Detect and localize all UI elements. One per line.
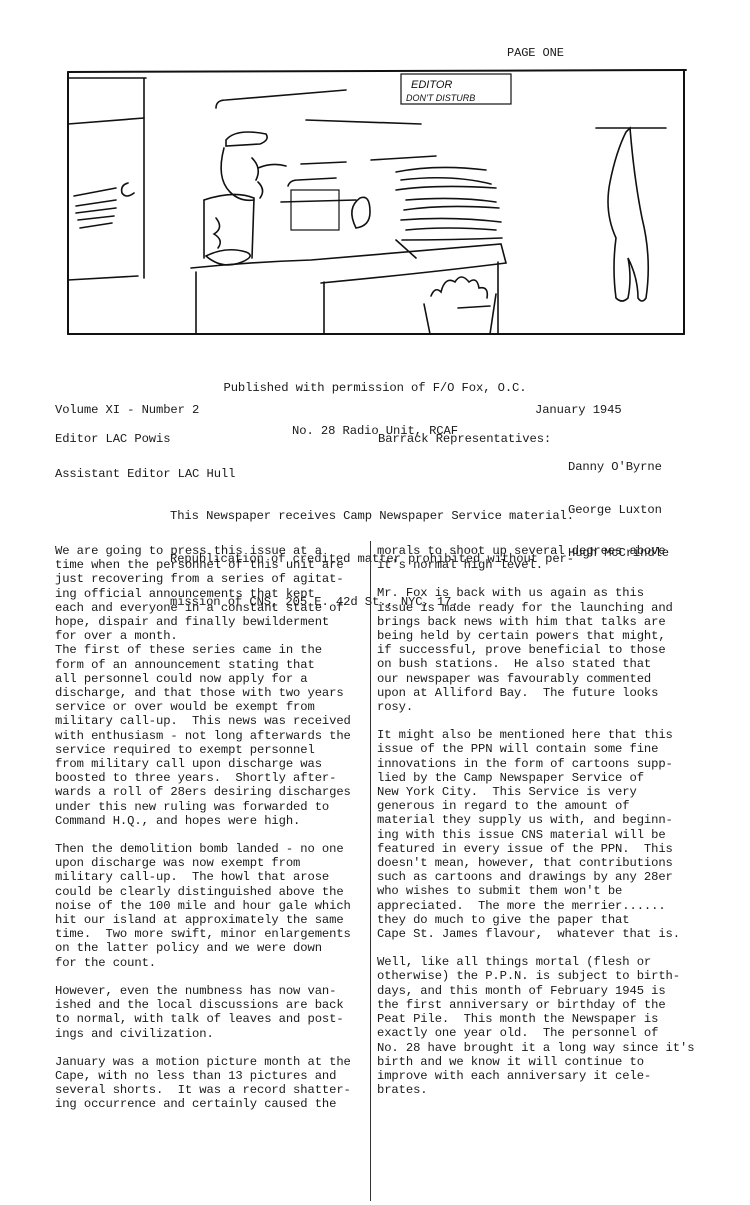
- article-paragraph: January was a motion picture month at th…: [55, 1055, 370, 1112]
- text-line: innovations in the form of cartoons supp…: [377, 757, 737, 771]
- text-line: wards a roll of 28ers desiring discharge…: [55, 785, 370, 799]
- text-line: rosy.: [377, 700, 737, 714]
- barrack-rep: Danny O'Byrne: [568, 460, 669, 474]
- sign-line-1: EDITOR: [411, 79, 452, 91]
- article-paragraph: Mr. Fox is back with us again as thisiss…: [377, 586, 737, 714]
- text-line: Command H.Q., and hopes were high.: [55, 814, 370, 828]
- article-paragraph: Well, like all things mortal (flesh orot…: [377, 955, 737, 1097]
- text-line: being held by certain powers that might,: [377, 629, 737, 643]
- text-line: just recovering from a series of agitat-: [55, 572, 370, 586]
- text-line: Mr. Fox is back with us again as this: [377, 586, 737, 600]
- credit-line-1: Published with permission of F/O Fox, O.…: [0, 381, 750, 395]
- text-line: upon discharge was now exempt from: [55, 856, 370, 870]
- editor-name: Editor LAC Powis: [55, 432, 170, 446]
- text-line: hope, dispair and finally bewilderment: [55, 615, 370, 629]
- text-line: boosted to three years. Shortly after-: [55, 771, 370, 785]
- text-line: issue of the PPN will contain some fine: [377, 742, 737, 756]
- text-line: noise of the 100 mile and hour gale whic…: [55, 899, 370, 913]
- text-line: to normal, with talk of leaves and post-: [55, 1012, 370, 1026]
- text-line: otherwise) the P.P.N. is subject to birt…: [377, 969, 737, 983]
- left-column: We are going to press this issue at atim…: [55, 544, 370, 1126]
- text-line: military call-up. This news was received: [55, 714, 370, 728]
- text-line: issue is made ready for the launching an…: [377, 601, 737, 615]
- text-line: However, even the numbness has now van-: [55, 984, 370, 998]
- text-line: lied by the Camp Newspaper Service of: [377, 771, 737, 785]
- text-line: ings and civilization.: [55, 1027, 370, 1041]
- article-paragraph: We are going to press this issue at atim…: [55, 544, 370, 828]
- text-line: The first of these series came in the: [55, 643, 370, 657]
- column-divider: [370, 541, 371, 1201]
- text-line: form of an announcement stating that: [55, 658, 370, 672]
- text-line: discharge, and that those with two years: [55, 686, 370, 700]
- text-line: ing with this issue CNS material will be: [377, 828, 737, 842]
- page-label: PAGE ONE: [507, 46, 564, 60]
- text-line: New York City. This Service is very: [377, 785, 737, 799]
- volume-number: Volume XI - Number 2: [55, 403, 199, 417]
- text-line: hit our island at approximately the same: [55, 913, 370, 927]
- text-line: No. 28 have brought it a long way since …: [377, 1041, 737, 1055]
- right-column: morals to shoot up several degrees above…: [377, 544, 737, 1111]
- text-line: it's normal high level.: [377, 558, 737, 572]
- text-line: our newspaper was favourably commented: [377, 672, 737, 686]
- article-paragraph: morals to shoot up several degrees above…: [377, 544, 737, 572]
- text-line: could be clearly distinguished above the: [55, 885, 370, 899]
- text-line: generous in regard to the amount of: [377, 799, 737, 813]
- text-line: Peat Pile. This month the Newspaper is: [377, 1012, 737, 1026]
- text-line: they do much to give the paper that: [377, 913, 737, 927]
- text-line: service or over would be exempt from: [55, 700, 370, 714]
- cns-notice-line: This Newspaper receives Camp Newspaper S…: [170, 509, 574, 523]
- text-line: on the latter policy and we were down: [55, 941, 370, 955]
- text-line: each and everyone in a constant state of: [55, 601, 370, 615]
- text-line: the first anniversary or birthday of the: [377, 998, 737, 1012]
- text-line: several shorts. It was a record shatter-: [55, 1083, 370, 1097]
- text-line: for over a month.: [55, 629, 370, 643]
- text-line: all personnel could now apply for a: [55, 672, 370, 686]
- sign-line-2: DON'T DISTURB: [406, 93, 475, 103]
- text-line: Cape St. James flavour, whatever that is…: [377, 927, 737, 941]
- text-line: if successful, prove beneficial to those: [377, 643, 737, 657]
- text-line: birth and we know it will continue to: [377, 1055, 737, 1069]
- text-line: We are going to press this issue at a: [55, 544, 370, 558]
- text-line: for the count.: [55, 956, 370, 970]
- text-line: who wishes to submit them won't be: [377, 884, 737, 898]
- text-line: Cape, with no less than 13 pictures and: [55, 1069, 370, 1083]
- text-line: appreciated. The more the merrier......: [377, 899, 737, 913]
- text-line: It might also be mentioned here that thi…: [377, 728, 737, 742]
- text-line: from military call upon discharge was: [55, 757, 370, 771]
- text-line: ing official announcements that kept: [55, 587, 370, 601]
- barrack-rep: George Luxton: [568, 503, 669, 517]
- text-line: ing occurrence and certainly caused the: [55, 1097, 370, 1111]
- text-line: time. Two more swift, minor enlargements: [55, 927, 370, 941]
- text-line: days, and this month of February 1945 is: [377, 984, 737, 998]
- text-line: service required to exempt personnel: [55, 743, 370, 757]
- assistant-editor-name: Assistant Editor LAC Hull: [55, 467, 235, 481]
- issue-date: January 1945: [535, 403, 622, 417]
- text-line: military call-up. The howl that arose: [55, 870, 370, 884]
- text-line: under this new ruling was forwarded to: [55, 800, 370, 814]
- article-paragraph: However, even the numbness has now van-i…: [55, 984, 370, 1041]
- text-line: featured in every issue of the PPN. This: [377, 842, 737, 856]
- text-line: January was a motion picture month at th…: [55, 1055, 370, 1069]
- text-line: brings back news with him that talks are: [377, 615, 737, 629]
- text-line: morals to shoot up several degrees above: [377, 544, 737, 558]
- text-line: ished and the local discussions are back: [55, 998, 370, 1012]
- text-line: improve with each anniversary it cele-: [377, 1069, 737, 1083]
- text-line: with enthusiasm - not long afterwards th…: [55, 729, 370, 743]
- text-line: doesn't mean, however, that contribution…: [377, 856, 737, 870]
- text-line: material they supply us with, and beginn…: [377, 813, 737, 827]
- text-line: brates.: [377, 1083, 737, 1097]
- article-paragraph: It might also be mentioned here that thi…: [377, 728, 737, 941]
- text-line: upon at Alliford Bay. The future looks: [377, 686, 737, 700]
- text-line: such as cartoons and drawings by any 28e…: [377, 870, 737, 884]
- text-line: Well, like all things mortal (flesh or: [377, 955, 737, 969]
- text-line: on bush stations. He also stated that: [377, 657, 737, 671]
- editor-cartoon-illustration: EDITOR DON'T DISTURB: [66, 68, 736, 338]
- text-line: Then the demolition bomb landed - no one: [55, 842, 370, 856]
- barrack-reps-label: Barrack Representatives:: [378, 432, 551, 446]
- text-line: time when the personnel of this unit are: [55, 558, 370, 572]
- article-paragraph: Then the demolition bomb landed - no one…: [55, 842, 370, 970]
- text-line: exactly one year old. The personnel of: [377, 1026, 737, 1040]
